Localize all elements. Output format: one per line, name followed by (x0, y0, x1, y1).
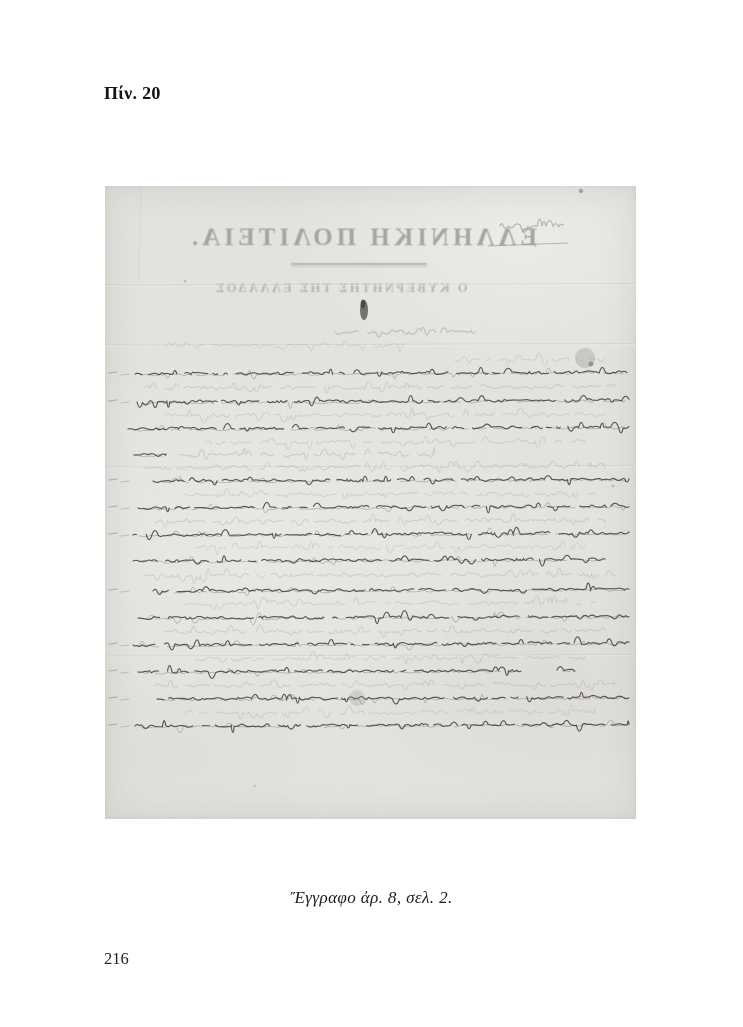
plate-label: Πίν. 20 (104, 83, 161, 104)
page-number: 216 (104, 949, 129, 969)
manuscript-scan: ΕΛΛΗΝΙΚΗ ΠΟΛΙΤΕΙΑ. Ο ΚΥΒΕΡΝΗΤΗΣ ΤΗΣ ΕΛΛΑ… (105, 186, 636, 819)
paper-grain-overlay (105, 186, 636, 819)
figure-caption: Ἔγγραφο ἀρ. 8, σελ. 2. (0, 888, 743, 908)
